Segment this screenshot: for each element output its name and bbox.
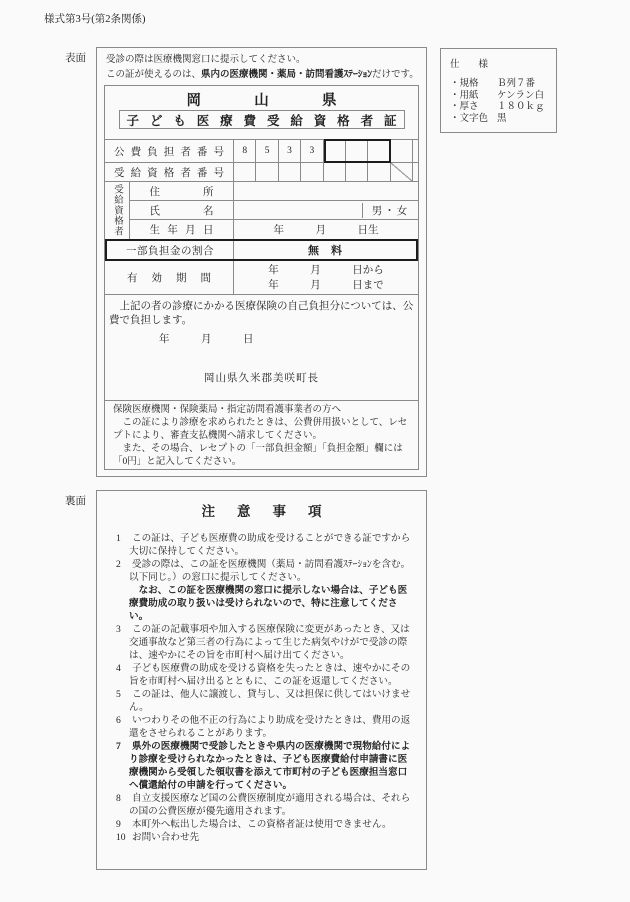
holder-rows: 住所 氏名 男・女 生年月日 年 月 日生 <box>130 182 418 239</box>
spec-name: ・規格 <box>450 79 497 91</box>
note-item: 3この証の記載事項や加入する医療保険に変更があったとき、又は交通事故など第三者の… <box>116 623 414 662</box>
digit-cell-slashed <box>391 163 413 181</box>
notice2-suffix: だけです。 <box>372 70 419 80</box>
note-text: 本町外へ転出した場合は、この資格者証は使用できません。 <box>132 819 392 830</box>
note-number: 5 <box>116 688 132 701</box>
digit-cell-empty <box>256 163 278 181</box>
validity-label-text: 有効期間 <box>127 270 211 285</box>
valid-from: 年 月 日から <box>268 263 384 278</box>
note-item: 9本町外へ転出した場合は、この資格者証は使用できません。 <box>116 818 414 831</box>
declaration-text: 上記の者の診療にかかる医療保険の自己負担分については、公費で負担します。 <box>109 300 414 328</box>
row-filler <box>413 163 418 181</box>
digit-cell: 5 <box>256 140 278 162</box>
digit-cell-empty <box>368 140 390 162</box>
issue-date-line: 年 月 日 <box>159 331 414 346</box>
copay-row: 一部負担金の割合 無料 <box>105 239 418 261</box>
copay-value: 無料 <box>234 241 416 259</box>
note-text: 自立支援医療など国の公費医療制度が適用される場合は、それらの国の公費医療が優先適… <box>129 793 410 817</box>
recipient-number-label: 受給資格者番号 <box>105 163 234 181</box>
prefecture-title: 岡山県 <box>105 86 418 109</box>
spec-name: ・厚さ <box>450 102 497 114</box>
spec-value: Ｂ列７番 <box>497 79 535 91</box>
spec-name: ・用紙 <box>450 91 497 103</box>
note-text-continued: なお、この証を医療機関の窓口に提示しない場合は、子ども医療費助成の取り扱いは受け… <box>129 584 414 623</box>
back-side-label: 裏面 <box>65 493 86 508</box>
payer-number-label: 公費負担者番号 <box>105 140 234 162</box>
note-item: 10お問い合わせ先 <box>116 831 414 844</box>
name-value: 男・女 <box>234 201 418 219</box>
spec-name: ・文字色 <box>450 114 497 126</box>
spec-row: ・規格 Ｂ列７番 <box>450 79 547 91</box>
payer-number-cells: 8 5 3 3 <box>234 140 418 162</box>
copay-label-text: 一部負担金の割合 <box>126 243 214 258</box>
certificate-table: 公費負担者番号 8 5 3 3 受給資格者番号 <box>105 139 418 295</box>
note-text: 県外の医療機関で受診したときや県内の医療機関で現物給付により診療を受けられなかっ… <box>129 741 410 791</box>
row-filler <box>413 140 418 162</box>
form-number-label: 様式第3号(第2条関係) <box>44 11 146 26</box>
digit-cell-empty <box>368 163 390 181</box>
birth-label: 生年月日 <box>130 220 234 239</box>
name-label-text: 氏名 <box>150 203 214 218</box>
note-number: 2 <box>116 558 132 571</box>
provider-note-p2: また、その場合、レセプトの「一部負担金額」「負担金額」欄には「0円」と記入してく… <box>113 443 410 469</box>
validity-label: 有効期間 <box>105 261 234 294</box>
digit-cell-empty <box>391 140 413 162</box>
note-text: 受診の際は、この証を医療機関（薬局・訪問看護ｽﾃｰｼｮﾝを含む。以下同じ。）の窓… <box>129 559 410 583</box>
notes-title-text: 注意事項 <box>202 500 322 520</box>
digit-cell: 3 <box>301 140 323 162</box>
digit-cell-empty <box>301 163 323 181</box>
holder-vertical-label: 受給資格者 <box>105 182 130 239</box>
note-item: 8自立支援医療など国の公費医療制度が適用される場合は、それらの国の公費医療が優先… <box>116 792 414 818</box>
declaration-area: 上記の者の診療にかかる医療保険の自己負担分については、公費で負担します。 年 月… <box>105 295 418 400</box>
birth-label-text: 生年月日 <box>150 222 214 237</box>
notes-title: 注意事項 <box>97 500 426 521</box>
note-number: 6 <box>116 714 132 727</box>
digit-cell-empty <box>234 163 256 181</box>
note-item: 5この証は、他人に譲渡し、貸与し、又は担保に供してはいけません。 <box>116 688 414 714</box>
holder-block: 受給資格者 住所 氏名 男・女 生年月日 <box>105 182 418 239</box>
validity-dates: 年 月 日から 年 月 日まで <box>268 263 384 293</box>
address-value <box>234 182 418 200</box>
certificate-title-text: 子ども医療費受給資格者証 <box>127 111 397 129</box>
note-item: 4子ども医療費の助成を受ける資格を失ったときは、速やかにその旨を市町村へ届け出る… <box>116 662 414 688</box>
note-number: 3 <box>116 623 132 636</box>
digit-cell-empty <box>346 163 368 181</box>
note-item: 1この証は、子ども医療費の助成を受けることができる証ですから大切に保持してくださ… <box>116 532 414 558</box>
spec-title-text: 仕様 <box>450 56 488 70</box>
note-number: 9 <box>116 818 132 831</box>
digit-cell-empty <box>324 140 346 162</box>
validity-value: 年 月 日から 年 月 日まで <box>234 261 418 294</box>
provider-note: 保険医療機関・保険薬局・指定訪問看護事業者の方へ この証により診療を求められたと… <box>105 400 418 469</box>
note-item: 2受診の際は、この証を医療機関（薬局・訪問看護ｽﾃｰｼｮﾝを含む。以下同じ。）の… <box>116 558 414 623</box>
note-number: 7 <box>116 740 132 753</box>
spec-value: １８０ｋｇ <box>497 102 545 114</box>
note-item: 6いつわりその他不正の行為により助成を受けたときは、費用の返還をさせられることが… <box>116 714 414 740</box>
front-side-label: 表面 <box>65 50 86 65</box>
digit-cell: 8 <box>234 140 256 162</box>
birth-value-text: 年 月 日生 <box>234 222 418 237</box>
spec-title: 仕様 <box>450 56 547 70</box>
sex-cell: 男・女 <box>362 203 418 218</box>
copay-value-text: 無料 <box>308 242 342 258</box>
recipient-number-cells <box>234 163 418 181</box>
note-item: 7県外の医療機関で受診したときや県内の医療機関で現物給付により診療を受けられなか… <box>116 740 414 792</box>
provider-note-p1: この証により診療を求められたときは、公費併用扱いとして、レセプトにより、審査支払… <box>113 417 410 443</box>
payer-number-label-text: 公費負担者番号 <box>114 144 224 159</box>
certificate-title-box: 子ども医療費受給資格者証 <box>119 110 405 129</box>
spec-row: ・文字色 黒 <box>450 114 547 126</box>
address-label-text: 住所 <box>150 184 214 199</box>
digit-cell-empty <box>324 163 346 181</box>
recipient-number-row: 受給資格者番号 <box>105 163 418 182</box>
back-card: 注意事項 1この証は、子ども医療費の助成を受けることができる証ですから大切に保持… <box>96 490 427 870</box>
note-text: お問い合わせ先 <box>132 832 199 843</box>
provider-note-heading: 保険医療機関・保険薬局・指定訪問看護事業者の方へ <box>113 404 410 417</box>
certificate-inner-card: 岡山県 子ども医療費受給資格者証 公費負担者番号 8 5 3 3 <box>104 85 419 470</box>
notice2-prefix: この証が使えるのは、 <box>106 70 201 80</box>
valid-to: 年 月 日まで <box>268 278 384 293</box>
digit-cell: 3 <box>279 140 301 162</box>
notes-list: 1この証は、子ども医療費の助成を受けることができる証ですから大切に保持してくださ… <box>97 532 426 844</box>
note-number: 10 <box>116 831 132 844</box>
copay-label: 一部負担金の割合 <box>107 241 234 259</box>
note-text: この証は、子ども医療費の助成を受けることができる証ですから大切に保持してください… <box>129 533 410 557</box>
note-number: 8 <box>116 792 132 805</box>
issuer-name: 岡山県久米郡美咲町長 <box>109 370 414 385</box>
prefecture-text: 岡山県 <box>187 89 337 110</box>
note-text: 子ども医療費の助成を受ける資格を失ったときは、速やかにその旨を市町村へ届け出ると… <box>129 663 410 687</box>
note-number: 4 <box>116 662 132 675</box>
note-text: この証は、他人に譲渡し、貸与し、又は担保に供してはいけません。 <box>129 689 410 713</box>
spec-value: ケンラン白 <box>497 91 544 103</box>
note-number: 1 <box>116 532 132 545</box>
digit-cell-empty <box>346 140 368 162</box>
birth-value: 年 月 日生 <box>234 220 418 239</box>
front-notice-1: 受診の際は医療機関窓口に提示してください。 <box>104 54 419 66</box>
birth-row: 生年月日 年 月 日生 <box>130 220 418 239</box>
name-label: 氏名 <box>130 201 234 219</box>
notice2-bold: 県内の医療機関・薬局・訪問看護ｽﾃｰｼｮﾝ <box>201 70 372 80</box>
address-label: 住所 <box>130 182 234 200</box>
front-card: 受診の際は医療機関窓口に提示してください。 この証が使えるのは、県内の医療機関・… <box>96 47 427 477</box>
address-row: 住所 <box>130 182 418 201</box>
spec-box: 仕様 ・規格 Ｂ列７番 ・用紙 ケンラン白 ・厚さ １８０ｋｇ ・文字色 黒 <box>440 48 557 133</box>
note-text: この証の記載事項や加入する医療保険に変更があったとき、又は交通事故など第三者の行… <box>129 624 410 661</box>
recipient-number-label-text: 受給資格者番号 <box>114 165 224 180</box>
spec-row: ・厚さ １８０ｋｇ <box>450 102 547 114</box>
spec-value: 黒 <box>497 114 507 126</box>
front-notice-2: この証が使えるのは、県内の医療機関・薬局・訪問看護ｽﾃｰｼｮﾝだけです。 <box>104 69 419 81</box>
note-text: いつわりその他不正の行為により助成を受けたときは、費用の返還をさせられることがあ… <box>129 715 410 739</box>
digit-cell-empty <box>279 163 301 181</box>
name-row: 氏名 男・女 <box>130 201 418 220</box>
spec-row: ・用紙 ケンラン白 <box>450 91 547 103</box>
validity-row: 有効期間 年 月 日から 年 月 日まで <box>105 261 418 295</box>
payer-number-row: 公費負担者番号 8 5 3 3 <box>105 140 418 163</box>
